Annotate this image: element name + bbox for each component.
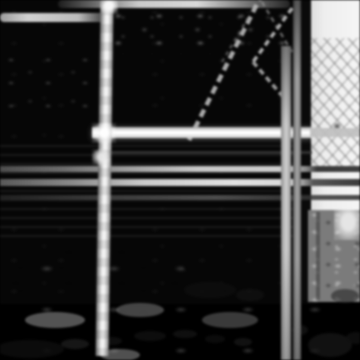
- ground-debris: [184, 282, 236, 298]
- faint-middle-rail: [95, 151, 312, 154]
- top-crossbar: [92, 127, 312, 138]
- ground-debris: [308, 333, 352, 357]
- rail-clamp: [92, 149, 110, 165]
- diagonal-brace: [189, 0, 262, 140]
- ground-debris: [236, 289, 264, 301]
- right-post-rear: [293, 0, 301, 360]
- ground-debris: [0, 340, 64, 358]
- top-crossbar-extension: [310, 128, 360, 137]
- right-post-front: [281, 46, 291, 360]
- left-post-cap: [100, 0, 118, 14]
- cross-brace: [222, 18, 248, 62]
- gravel-highlight: [202, 312, 258, 328]
- gravel-highlight: [116, 303, 164, 317]
- horizontal-rail-faint-bottom: [0, 195, 360, 200]
- horizontal-rail-lower: [0, 179, 360, 186]
- ground-debris: [331, 289, 359, 303]
- ground-debris: [205, 335, 225, 343]
- horizontal-rail-upper: [0, 166, 360, 172]
- photo-viewport: [0, 0, 360, 360]
- crossbar-clamp: [92, 123, 116, 143]
- ladder-brace-upper: [253, 0, 298, 62]
- scene: [0, 0, 360, 360]
- ground-debris: [173, 330, 197, 338]
- ground-debris: [61, 339, 89, 349]
- ground-debris: [134, 331, 166, 341]
- ground-debris: [234, 338, 252, 346]
- gravel-highlight: [25, 312, 85, 328]
